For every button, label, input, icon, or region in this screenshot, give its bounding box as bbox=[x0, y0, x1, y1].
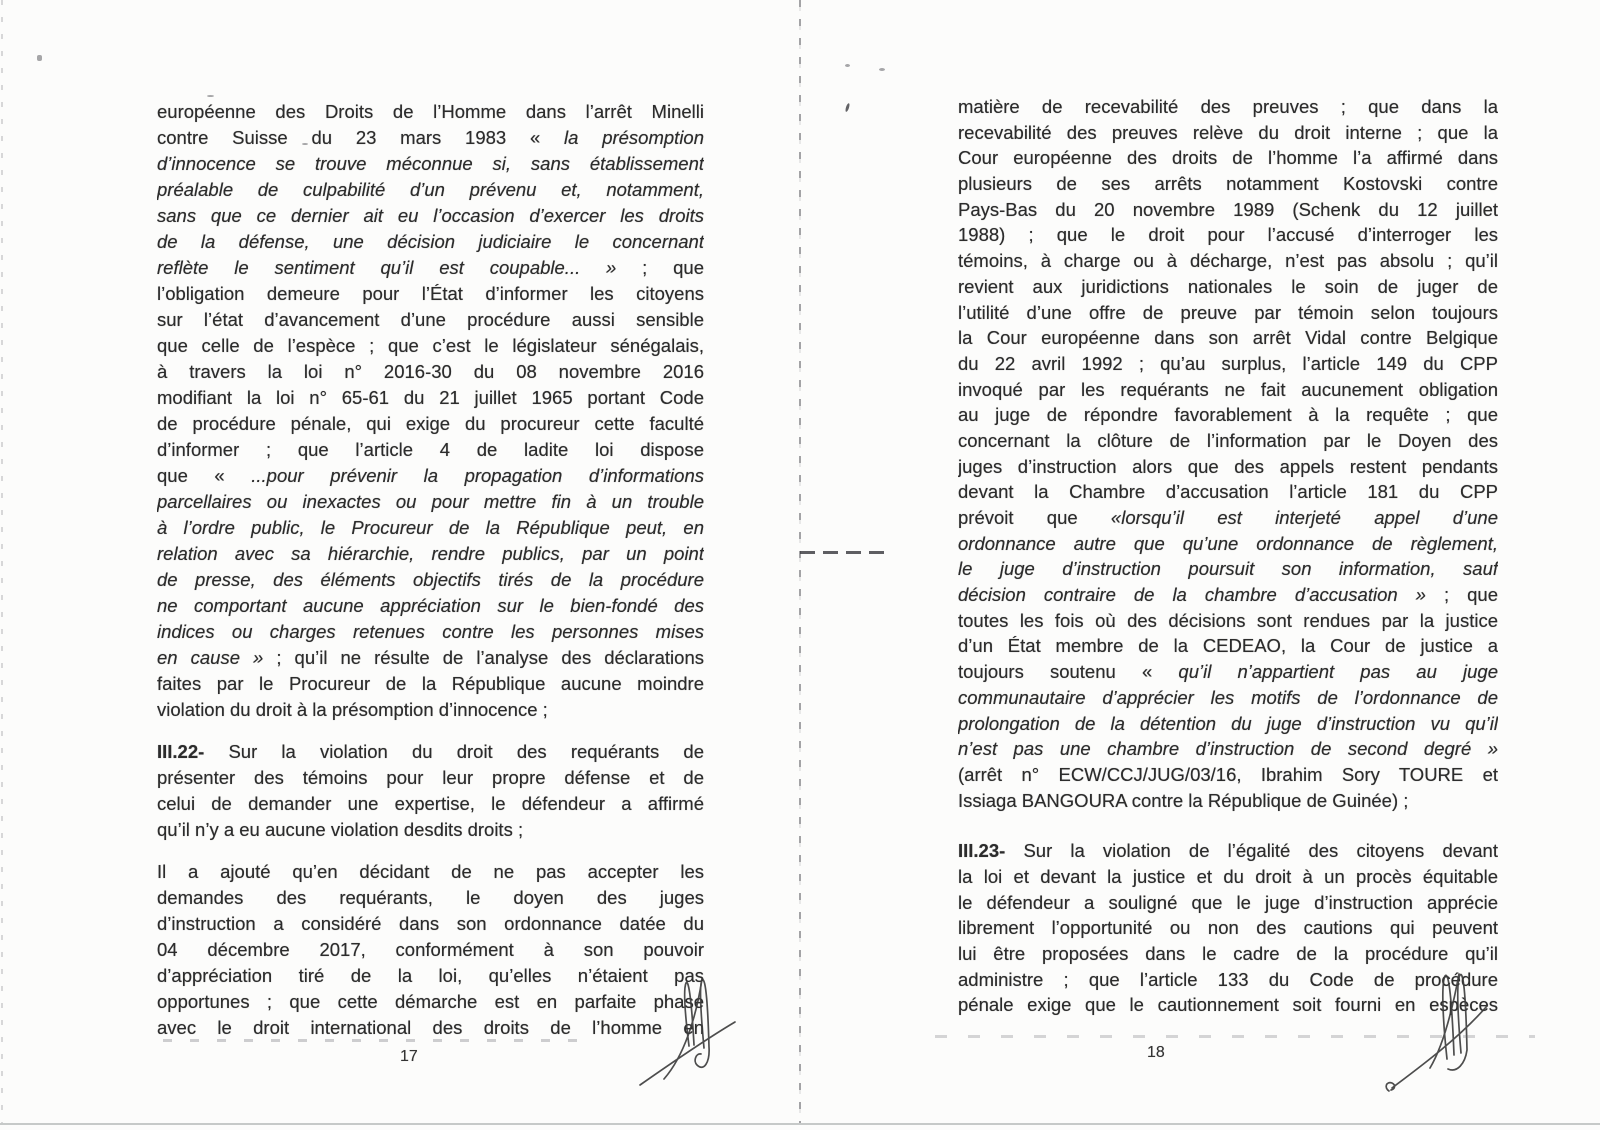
text-segment: que « bbox=[157, 465, 251, 486]
text-line: relation avec sa hiérarchie, rendre publ… bbox=[157, 541, 704, 567]
scan-speck bbox=[302, 143, 308, 145]
text-line: librement l’opportunité ou non des cauti… bbox=[958, 915, 1498, 941]
scan-left-edge bbox=[1, 0, 3, 1124]
text-line: demandes des requérants, le doyen des ju… bbox=[157, 885, 704, 911]
text-segment: d’instruction a considéré dans son ordon… bbox=[157, 913, 704, 934]
text-segment: invoqué par les requérants ne fait aucun… bbox=[958, 379, 1498, 400]
text-segment: prévoit que bbox=[958, 507, 1111, 528]
text-segment: toutes les fois où des décisions sont re… bbox=[958, 610, 1498, 631]
fold-dash-mark bbox=[800, 551, 887, 554]
text-segment: l’utilité d’une offre de preuve par témo… bbox=[958, 302, 1498, 323]
text-segment: n’est pas une chambre d’instruction de s… bbox=[958, 738, 1498, 759]
text-line: celui de demander une expertise, le défe… bbox=[157, 791, 704, 817]
text-line: invoqué par les requérants ne fait aucun… bbox=[958, 377, 1498, 403]
text-line: prolongation de la détention du juge d’i… bbox=[958, 711, 1498, 737]
text-line: recevabilité des preuves relève du droit… bbox=[958, 120, 1498, 146]
left-page-text-column: européenne des Droits de l’Homme dans l’… bbox=[157, 99, 704, 1041]
text-line: d’instruction a considéré dans son ordon… bbox=[157, 911, 704, 937]
text-segment: plusieurs de ses arrêts notamment Kostov… bbox=[958, 173, 1498, 194]
text-segment: Cour européenne des droits de l’homme l’… bbox=[958, 147, 1498, 168]
text-segment: ; que bbox=[616, 257, 704, 278]
text-segment: en cause » bbox=[157, 647, 263, 668]
text-line: faites par le Procureur de la République… bbox=[157, 671, 704, 697]
text-segment: matière de recevabilité des preuves ; qu… bbox=[958, 96, 1498, 117]
text-segment: faites par le Procureur de la République… bbox=[157, 673, 704, 694]
text-line: (arrêt n° ECW/CCJ/JUG/03/16, Ibrahim Sor… bbox=[958, 762, 1498, 788]
text-segment: ; que bbox=[1426, 584, 1498, 605]
text-segment: présenter des témoins pour leur propre d… bbox=[157, 767, 704, 788]
text-segment: ...pour prévenir la propagation d’inform… bbox=[251, 465, 704, 486]
text-segment: au juge de répondre favorablement à la r… bbox=[958, 404, 1498, 425]
text-line: qu’il n’y a eu aucune violation desdits … bbox=[157, 817, 704, 843]
text-line: de presse, des éléments objectifs tirés … bbox=[157, 567, 704, 593]
text-line: indices ou charges retenues contre les p… bbox=[157, 619, 704, 645]
text-segment: recevabilité des preuves relève du droit… bbox=[958, 122, 1498, 143]
text-line: d’informer ; que l’article 4 de ladite l… bbox=[157, 437, 704, 463]
text-line: décision contraire de la chambre d’accus… bbox=[958, 582, 1498, 608]
paragraph: matière de recevabilité des preuves ; qu… bbox=[958, 94, 1498, 813]
text-line: toujours soutenu « qu’il n’appartient pa… bbox=[958, 659, 1498, 685]
scan-speck bbox=[845, 103, 851, 112]
text-segment: III.22- bbox=[157, 741, 204, 762]
text-line: plusieurs de ses arrêts notamment Kostov… bbox=[958, 171, 1498, 197]
scanned-document-spread: { "pages": [ { "number": "17", "paragrap… bbox=[0, 0, 1600, 1130]
text-segment: de procédure pénale, qui exige du procur… bbox=[157, 413, 704, 434]
text-line: reflète le sentiment qu’il est coupable.… bbox=[157, 255, 704, 281]
text-line: Il a ajouté qu’en décidant de ne pas acc… bbox=[157, 859, 704, 885]
text-segment: «lorsqu’il est interjeté appel d’une bbox=[1111, 507, 1498, 528]
text-segment: à l’ordre public, le Procureur de la Rép… bbox=[157, 517, 704, 538]
text-segment: européenne des Droits de l’Homme dans l’… bbox=[157, 101, 704, 122]
text-segment: la loi et devant la justice et du droit … bbox=[958, 866, 1498, 887]
text-line: contre Suisse du 23 mars 1983 « la préso… bbox=[157, 125, 704, 151]
text-segment: à travers la loi n° 2016-30 du 08 novemb… bbox=[157, 361, 704, 382]
text-line: au juge de répondre favorablement à la r… bbox=[958, 402, 1498, 428]
text-line: du 22 avril 1992 ; qu’au surplus, l’arti… bbox=[958, 351, 1498, 377]
text-line: juges d’instruction alors que des appels… bbox=[958, 454, 1498, 480]
paragraph: européenne des Droits de l’Homme dans l’… bbox=[157, 99, 704, 723]
text-line: devant la Chambre d’accusation l’article… bbox=[958, 479, 1498, 505]
text-segment: de la défense, une décision judiciaire l… bbox=[157, 231, 704, 252]
text-segment: le juge d’instruction poursuit son infor… bbox=[958, 558, 1498, 579]
text-segment: sur l’état d’avancement d’une procédure … bbox=[157, 309, 704, 330]
scan-speck bbox=[845, 64, 850, 67]
text-line: modifiant la loi n° 65-61 du 21 juillet … bbox=[157, 385, 704, 411]
text-segment: qu’il n’appartient pas au juge bbox=[1178, 661, 1498, 682]
text-line: prévoit que «lorsqu’il est interjeté app… bbox=[958, 505, 1498, 531]
text-segment: Sur la violation de l’égalité des citoye… bbox=[1005, 840, 1498, 861]
text-line: le défendeur a souligné que le juge d’in… bbox=[958, 890, 1498, 916]
text-line: toutes les fois où des décisions sont re… bbox=[958, 608, 1498, 634]
text-segment: d’innocence se trouve méconnue si, sans … bbox=[157, 153, 704, 174]
text-line: n’est pas une chambre d’instruction de s… bbox=[958, 736, 1498, 762]
page-number-18: 18 bbox=[1147, 1044, 1165, 1062]
text-line: III.22- Sur la violation du droit des re… bbox=[157, 739, 704, 765]
ghost-text-artifact bbox=[163, 1039, 595, 1042]
text-segment: ; qu’il ne résulte de l’analyse des décl… bbox=[263, 647, 704, 668]
page-fold-line bbox=[799, 0, 801, 1124]
text-segment: devant la Chambre d’accusation l’article… bbox=[958, 481, 1498, 502]
text-line: III.23- Sur la violation de l’égalité de… bbox=[958, 838, 1498, 864]
text-segment: 1988) ; que le droit pour l’accusé d’int… bbox=[958, 224, 1498, 245]
text-line: en cause » ; qu’il ne résulte de l’analy… bbox=[157, 645, 704, 671]
text-segment: qu’il n’y a eu aucune violation desdits … bbox=[157, 819, 523, 840]
text-segment: Sur la violation du droit des requérants… bbox=[204, 741, 704, 762]
page-number-17: 17 bbox=[400, 1048, 418, 1066]
text-segment: reflète le sentiment qu’il est coupable.… bbox=[157, 257, 616, 278]
text-segment: violation du droit à la présomption d’in… bbox=[157, 699, 548, 720]
text-line: ordonnance autre que qu’une ordonnance d… bbox=[958, 531, 1498, 557]
text-line: la Cour européenne dans son arrêt Vidal … bbox=[958, 325, 1498, 351]
text-line: Issiaga BANGOURA contre la République de… bbox=[958, 788, 1498, 814]
text-line: parcellaires ou inexactes ou pour mettre… bbox=[157, 489, 704, 515]
text-segment: revient aux juridictions nationales le s… bbox=[958, 276, 1498, 297]
text-segment: (arrêt n° ECW/CCJ/JUG/03/16, Ibrahim Sor… bbox=[958, 764, 1498, 785]
handwritten-paraph-icon bbox=[612, 952, 747, 1092]
text-segment: la Cour européenne dans son arrêt Vidal … bbox=[958, 327, 1498, 348]
text-segment: décision contraire de la chambre d’accus… bbox=[958, 584, 1426, 605]
text-line: témoins, à charge ou à décharge, n’est p… bbox=[958, 248, 1498, 274]
text-line: que celle de l’espèce ; que c’est le lég… bbox=[157, 333, 704, 359]
text-segment: modifiant la loi n° 65-61 du 21 juillet … bbox=[157, 387, 704, 408]
text-segment: Issiaga BANGOURA contre la République de… bbox=[958, 790, 1408, 811]
text-segment: prolongation de la détention du juge d’i… bbox=[958, 713, 1498, 734]
text-line: revient aux juridictions nationales le s… bbox=[958, 274, 1498, 300]
text-line: d’innocence se trouve méconnue si, sans … bbox=[157, 151, 704, 177]
text-line: présenter des témoins pour leur propre d… bbox=[157, 765, 704, 791]
ghost-text-artifact bbox=[935, 1035, 1535, 1038]
text-segment: ne comportant aucune appréciation sur le… bbox=[157, 595, 704, 616]
paragraph: III.22- Sur la violation du droit des re… bbox=[157, 739, 704, 843]
text-segment: Pays-Bas du 20 novembre 1989 (Schenk du … bbox=[958, 199, 1498, 220]
text-segment: relation avec sa hiérarchie, rendre publ… bbox=[157, 543, 704, 564]
text-line: communautaire d’apprécier les motifs de … bbox=[958, 685, 1498, 711]
text-segment: sans que ce dernier ait eu l’occasion d’… bbox=[157, 205, 704, 226]
text-line: sans que ce dernier ait eu l’occasion d’… bbox=[157, 203, 704, 229]
text-line: l’utilité d’une offre de preuve par témo… bbox=[958, 300, 1498, 326]
text-segment: de presse, des éléments objectifs tirés … bbox=[157, 569, 704, 590]
text-line: Cour européenne des droits de l’homme l’… bbox=[958, 145, 1498, 171]
scan-speck bbox=[37, 55, 42, 61]
text-line: matière de recevabilité des preuves ; qu… bbox=[958, 94, 1498, 120]
text-segment: indices ou charges retenues contre les p… bbox=[157, 621, 704, 642]
text-segment: témoins, à charge ou à décharge, n’est p… bbox=[958, 250, 1498, 271]
scan-speck bbox=[207, 95, 214, 97]
text-line: concernant la clôture de l’information p… bbox=[958, 428, 1498, 454]
text-segment: demandes des requérants, le doyen des ju… bbox=[157, 887, 704, 908]
text-segment: l’obligation demeure pour l’État d’infor… bbox=[157, 283, 704, 304]
text-line: ne comportant aucune appréciation sur le… bbox=[157, 593, 704, 619]
scan-bottom-edge bbox=[0, 1123, 1600, 1125]
text-segment: du 22 avril 1992 ; qu’au surplus, l’arti… bbox=[958, 353, 1498, 374]
text-line: à travers la loi n° 2016-30 du 08 novemb… bbox=[157, 359, 704, 385]
text-segment: librement l’opportunité ou non des cauti… bbox=[958, 917, 1498, 938]
text-line: d’un État membre de la CEDEAO, la Cour d… bbox=[958, 633, 1498, 659]
text-line: à l’ordre public, le Procureur de la Rép… bbox=[157, 515, 704, 541]
text-segment: celui de demander une expertise, le défe… bbox=[157, 793, 704, 814]
text-line: violation du droit à la présomption d’in… bbox=[157, 697, 704, 723]
text-segment: la présomption bbox=[564, 127, 704, 148]
text-line: 1988) ; que le droit pour l’accusé d’int… bbox=[958, 222, 1498, 248]
text-line: sur l’état d’avancement d’une procédure … bbox=[157, 307, 704, 333]
handwritten-paraph-icon bbox=[1372, 942, 1507, 1097]
right-page-text-column: matière de recevabilité des preuves ; qu… bbox=[958, 94, 1498, 1018]
text-line: l’obligation demeure pour l’État d’infor… bbox=[157, 281, 704, 307]
text-line: que « ...pour prévenir la propagation d’… bbox=[157, 463, 704, 489]
text-line: de la défense, une décision judiciaire l… bbox=[157, 229, 704, 255]
text-line: Pays-Bas du 20 novembre 1989 (Schenk du … bbox=[958, 197, 1498, 223]
text-line: le juge d’instruction poursuit son infor… bbox=[958, 556, 1498, 582]
text-segment: d’un État membre de la CEDEAO, la Cour d… bbox=[958, 635, 1498, 656]
text-segment: communautaire d’apprécier les motifs de … bbox=[958, 687, 1498, 708]
text-segment: concernant la clôture de l’information p… bbox=[958, 430, 1498, 451]
text-segment: que celle de l’espèce ; que c’est le lég… bbox=[157, 335, 704, 356]
text-segment: Il a ajouté qu’en décidant de ne pas acc… bbox=[157, 861, 704, 882]
text-line: de procédure pénale, qui exige du procur… bbox=[157, 411, 704, 437]
text-line: préalable de culpabilité d’un prévenu et… bbox=[157, 177, 704, 203]
text-segment: parcellaires ou inexactes ou pour mettre… bbox=[157, 491, 704, 512]
text-segment: le défendeur a souligné que le juge d’in… bbox=[958, 892, 1498, 913]
text-segment: ordonnance autre que qu’une ordonnance d… bbox=[958, 533, 1498, 554]
text-segment: d’informer ; que l’article 4 de ladite l… bbox=[157, 439, 704, 460]
scan-speck bbox=[879, 68, 885, 71]
text-line: européenne des Droits de l’Homme dans l’… bbox=[157, 99, 704, 125]
text-segment: III.23- bbox=[958, 840, 1005, 861]
text-segment: préalable de culpabilité d’un prévenu et… bbox=[157, 179, 704, 200]
text-segment: toujours soutenu « bbox=[958, 661, 1178, 682]
text-segment: contre Suisse du 23 mars 1983 « bbox=[157, 127, 564, 148]
text-line: la loi et devant la justice et du droit … bbox=[958, 864, 1498, 890]
text-segment: juges d’instruction alors que des appels… bbox=[958, 456, 1498, 477]
